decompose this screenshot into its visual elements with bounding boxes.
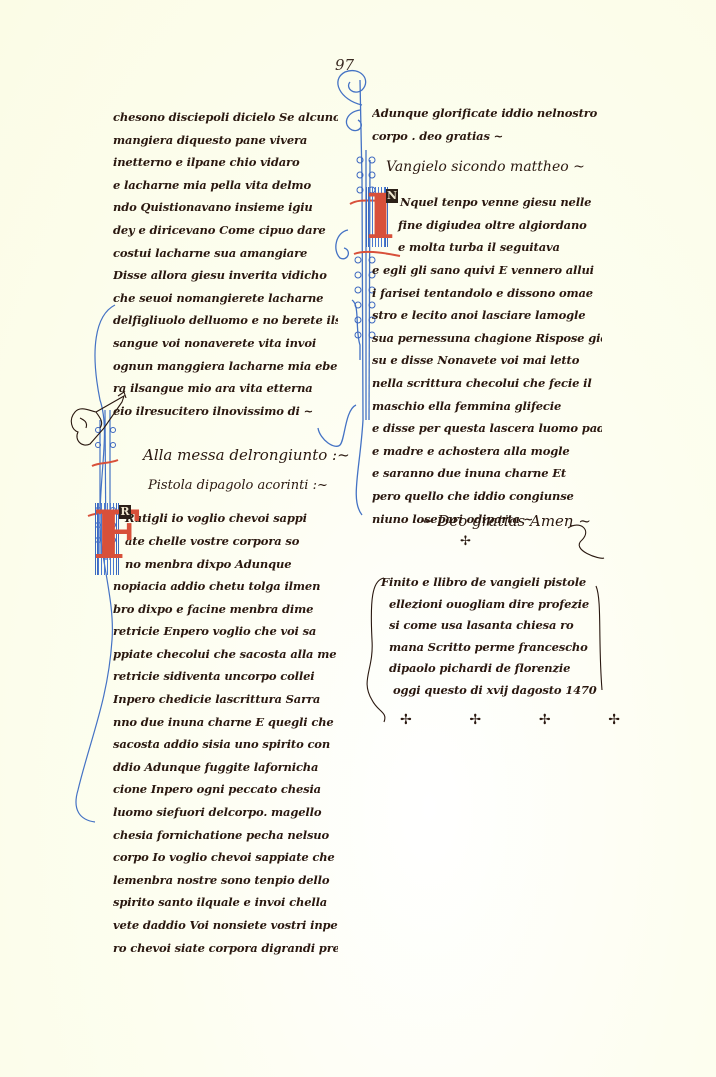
text-line: spirito santo ilquale e invoi chella: [113, 891, 338, 914]
text-line: che seuoi nomangierete lacharne: [113, 287, 338, 310]
text-line: ddio Adunque fuggite lafornicha: [113, 756, 338, 779]
text-line: fine digiudea oltre algiordano: [372, 214, 602, 237]
text-line: Adunque glorificate iddio nelnostro: [372, 102, 602, 125]
text-line: e lacharne mia pella vita delmo: [113, 174, 338, 197]
text-line: lemenbra nostre sono tenpio dello: [113, 869, 338, 892]
text-line: e molta turba il seguitava: [372, 236, 602, 259]
text-line: Ratigli io voglio chevoi sappi: [113, 507, 338, 530]
text-line: inetterno e ilpane chio vidaro: [113, 151, 338, 174]
text-line: ro chevoi siate corpora digrandi pre: [113, 937, 338, 960]
text-line: corpo . deo gratias ~: [372, 125, 602, 148]
text-line: su e disse Nonavete voi mai letto: [372, 349, 602, 372]
colophon-line: si come usa lasanta chiesa ro: [375, 615, 615, 637]
text-line: stro e lecito anoi lasciare lamogle: [372, 304, 602, 327]
colophon-line: dipaolo pichardi de florenzie: [375, 658, 615, 680]
manuscript-page: 97: [0, 0, 716, 1077]
cross-ornament-icon: ✢: [608, 712, 620, 728]
text-line: e madre e achostera alla mogle: [372, 440, 602, 463]
text-line: retricie Enpero voglio che voi sa: [113, 620, 338, 643]
colophon-line: mana Scritto perme francescho: [375, 637, 615, 659]
text-line: ate chelle vostre corpora so: [113, 530, 338, 553]
right-text-column: Adunque glorificate iddio nelnostro corp…: [372, 102, 602, 530]
text-line: Disse allora giesu inverita vidicho: [113, 264, 338, 287]
cross-ornament-row: ✢ ✢ ✢ ✢: [400, 712, 620, 728]
text-line: e disse per questa lascera luomo padre: [372, 417, 602, 440]
text-line: ndo Quistionavano insieme igiu: [113, 196, 338, 219]
illuminated-initial: F: [93, 495, 140, 575]
rubric-heading: Pistola dipagolo acorinti :~: [113, 478, 338, 493]
text-line: ppiate checolui che sacosta alla me: [113, 643, 338, 666]
text-line: i farisei tentandolo e dissono omae: [372, 282, 602, 305]
deo-gratias-text: ~ Deo gratias Amen ~: [420, 512, 591, 530]
black-capital: R: [119, 505, 131, 519]
colophon-line: oggi questo di xvij dagosto 1470: [375, 680, 615, 702]
text-line: e saranno due inuna charne Et: [372, 462, 602, 485]
text-line: sacosta addio sisia uno spirito con: [113, 733, 338, 756]
text-line: ra ilsangue mio ara vita etterna: [113, 377, 338, 400]
deo-gratias-line: ~ Deo gratias Amen ~ ✢: [420, 512, 591, 549]
text-line: nella scrittura checolui che fecie il: [372, 372, 602, 395]
text-line: vete daddio Voi nonsiete vostri inpe: [113, 914, 338, 937]
text-line: luomo siefuori delcorpo. magello: [113, 801, 338, 824]
black-capital: N: [386, 189, 398, 203]
rubric-heading: Alla messa delrongiunto :~: [113, 446, 338, 464]
text-line: sangue voi nonaverete vita invoi: [113, 332, 338, 355]
text-line: retricie sidiventa uncorpo collei: [113, 665, 338, 688]
text-line: maschio ella femmina glifecie: [372, 395, 602, 418]
text-line: nno due inuna charne E quegli che: [113, 711, 338, 734]
text-line: no menbra dixpo Adunque: [113, 553, 338, 576]
left-text-column: chesono disciepoli dicielo Se alcuno man…: [113, 106, 338, 959]
text-line: sua pernessuna chagione Rispose gie: [372, 327, 602, 350]
text-line: ognun manggiera lacharne mia ebe: [113, 355, 338, 378]
text-line: bro dixpo e facine menbra dime: [113, 598, 338, 621]
text-line: eio ilresucitero ilnovissimo di ~: [113, 400, 338, 423]
text-line: Nquel tenpo venne giesu nelle: [372, 191, 602, 214]
text-line: corpo Io voglio chevoi sappiate che: [113, 846, 338, 869]
cross-ornament-icon: ✢: [469, 712, 481, 728]
colophon: Finito e llibro de vangieli pistole elle…: [375, 572, 615, 701]
text-line: dey e diricevano Come cipuo dare: [113, 219, 338, 242]
colophon-line: Finito e llibro de vangieli pistole: [375, 572, 615, 594]
text-line: chesia fornichatione pecha nelsuo: [113, 824, 338, 847]
rubric-heading: Vangielo sicondo mattheo ~: [372, 159, 602, 175]
text-line: delfigliuolo delluomo e no berete ilsuo: [113, 309, 338, 332]
text-line: pero quello che iddio congiunse: [372, 485, 602, 508]
text-line: Inpero chedicie lascrittura Sarra: [113, 688, 338, 711]
colophon-line: ellezioni ouogliam dire profezie: [375, 594, 615, 616]
cross-ornament-icon: ✢: [539, 712, 551, 728]
text-line: costui lacharne sua amangiare: [113, 242, 338, 265]
cross-ornament-icon: ✢: [420, 534, 591, 549]
text-line: mangiera diquesto pane vivera: [113, 129, 338, 152]
text-line: e egli gli sano quivi E vennero allui: [372, 259, 602, 282]
text-line: cione Inpero ogni peccato chesia: [113, 778, 338, 801]
text-line: nopiacia addio chetu tolga ilmen: [113, 575, 338, 598]
cross-ornament-icon: ✢: [400, 712, 412, 728]
text-line: chesono disciepoli dicielo Se alcuno: [113, 106, 338, 129]
